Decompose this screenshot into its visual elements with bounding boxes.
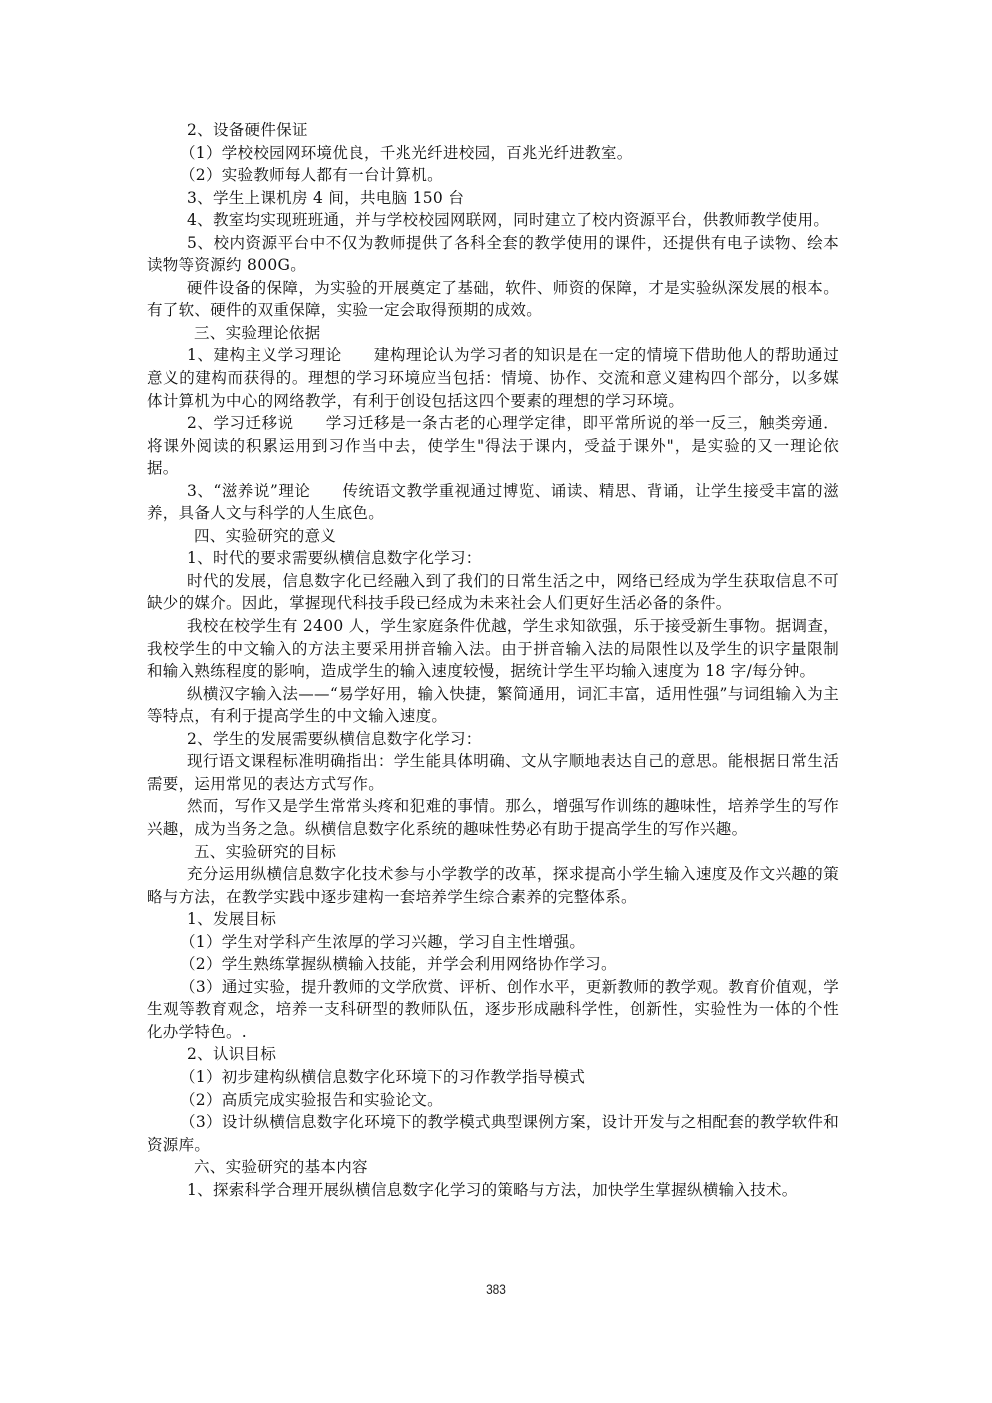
section-heading: 四、实验研究的意义 (147, 525, 839, 548)
body-paragraph: 纵横汉字输入法——“易学好用，输入快捷，繁简通用，词汇丰富，适用性强”与词组输入… (147, 683, 839, 728)
section-heading: 三、实验理论依据 (147, 322, 839, 345)
numbered-item: 3、学生上课机房 4 间，共电脑 150 台 (147, 187, 839, 210)
sub-item: （1）初步建构纵横信息数字化环境下的习作教学指导模式 (147, 1066, 839, 1089)
body-paragraph: 现行语文课程标准明确指出：学生能具体明确、文从字顺地表达自己的意思。能根据日常生… (147, 750, 839, 795)
body-paragraph: 充分运用纵横信息数字化技术参与小学教学的改革，探求提高小学生输入速度及作文兴趣的… (147, 863, 839, 908)
section-heading: 五、实验研究的目标 (147, 841, 839, 864)
sub-item: （3）设计纵横信息数字化环境下的教学模式典型课例方案，设计开发与之相配套的教学软… (147, 1111, 839, 1156)
numbered-item: 1、发展目标 (147, 908, 839, 931)
body-paragraph: 时代的发展，信息数字化已经融入到了我们的日常生活之中，网络已经成为学生获取信息不… (147, 570, 839, 615)
numbered-item: 2、学习迁移说 学习迁移是一条古老的心理学定律，即平常所说的举一反三，触类旁通．… (147, 412, 839, 480)
sub-item: （2）学生熟练掌握纵横输入技能，并学会利用网络协作学习。 (147, 953, 839, 976)
numbered-item: 2、设备硬件保证 (147, 119, 839, 142)
numbered-item: 2、认识目标 (147, 1043, 839, 1066)
numbered-item: 1、建构主义学习理论 建构理论认为学习者的知识是在一定的情境下借助他人的帮助通过… (147, 344, 839, 412)
sub-item: （3）通过实验，提升教师的文学欣赏、评析、创作水平，更新教师的教学观。教育价值观… (147, 976, 839, 1044)
body-paragraph: 我校在校学生有 2400 人，学生家庭条件优越，学生求知欲强，乐于接受新生事物。… (147, 615, 839, 683)
page-number: 383 (74, 1281, 917, 1297)
sub-item: （1）学生对学科产生浓厚的学习兴趣，学习自主性增强。 (147, 931, 839, 954)
numbered-item: 1、时代的要求需要纵横信息数字化学习： (147, 547, 839, 570)
numbered-item: 1、探索科学合理开展纵横信息数字化学习的策略与方法，加快学生掌握纵横输入技术。 (147, 1179, 839, 1202)
numbered-item: 4、教室均实现班班通，并与学校校园网联网，同时建立了校内资源平台，供教师教学使用… (147, 209, 839, 232)
body-paragraph: 硬件设备的保障，为实验的开展奠定了基础，软件、师资的保障，才是实验纵深发展的根本… (147, 277, 839, 322)
sub-item: （1）学校校园网环境优良，千兆光纤进校园，百兆光纤进教室。 (147, 142, 839, 165)
numbered-item: 3、“滋养说”理论 传统语文教学重视通过博览、诵读、精思、背诵，让学生接受丰富的… (147, 480, 839, 525)
section-heading: 六、实验研究的基本内容 (147, 1156, 839, 1179)
document-body: 2、设备硬件保证（1）学校校园网环境优良，千兆光纤进校园，百兆光纤进教室。（2）… (147, 119, 839, 1201)
sub-item: （2）实验教师每人都有一台计算机。 (147, 164, 839, 187)
sub-item: （2）高质完成实验报告和实验论文。 (147, 1089, 839, 1112)
numbered-item: 2、学生的发展需要纵横信息数字化学习： (147, 728, 839, 751)
numbered-item: 5、校内资源平台中不仅为教师提供了各科全套的教学使用的课件，还提供有电子读物、绘… (147, 232, 839, 277)
body-paragraph: 然而，写作又是学生常常头疼和犯难的事情。那么，增强写作训练的趣味性，培养学生的写… (147, 795, 839, 840)
